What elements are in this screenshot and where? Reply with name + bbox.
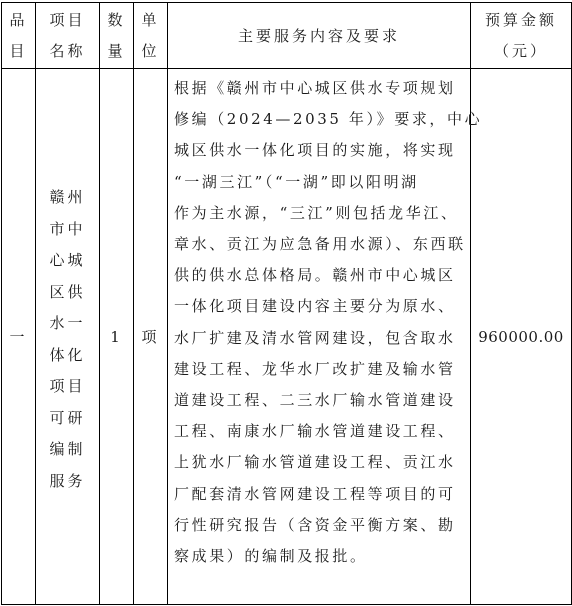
header-unit-line2: 位 [134,36,167,67]
header-budget-line2: （元） [471,36,571,67]
header-budget-line1: 预算金额 [471,5,571,36]
content-line: 水厂扩建及清水管网建设，包含取水 [174,323,466,354]
header-item: 品 目 [2,3,36,69]
header-project-name-line2: 名称 [36,36,99,67]
item-number: 一 [9,328,27,346]
content-line: 上犹水厂输水管道建设工程、贡江水 [174,447,466,478]
content-line: 修编（2024—2035 年）》要求，中心 [174,104,466,135]
content-line: 察成果）的编制及报批。 [174,541,466,572]
content-line: 作为主水源，“三江”则包括龙华江、 [174,198,466,229]
content-line: 道建设工程、二三水厂输水管道建设 [174,385,466,416]
header-unit-line1: 单 [134,5,167,36]
header-project-name-line1: 项目 [36,5,99,36]
cell-content: 根据《赣州市中心城区供水专项规划 修编（2024—2035 年）》要求，中心 城… [168,69,471,605]
content-line: 供的供水总体格局。赣州市中心城区 [174,260,466,291]
project-name-line: 服务 [36,466,99,498]
header-content-label: 主要服务内容及要求 [238,27,400,45]
header-unit: 单 位 [134,3,168,69]
content-line: 行性研究报告（含资金平衡方案、勘 [174,510,466,541]
cell-project-name: 赣州 市中 心城 区供 水一 体化 项目 可研 编制 服务 [36,69,100,605]
header-item-line1: 品 [2,5,35,36]
content-line: 一体化项目建设内容主要分为原水、 [174,291,466,322]
project-name-line: 赣州 [36,182,99,214]
budget-amount: 960000.00 [478,328,564,346]
cell-budget: 960000.00 [471,69,572,605]
project-name-line: 可研 [36,403,99,435]
header-item-line2: 目 [2,36,35,67]
content-line: 城区供水一体化项目的实施，将实现 [174,135,466,166]
header-content: 主要服务内容及要求 [168,3,471,69]
cell-quantity: 1 [100,69,134,605]
content-line: 根据《赣州市中心城区供水专项规划 [174,73,466,104]
header-quantity-line1: 数 [100,5,133,36]
header-project-name: 项目 名称 [36,3,100,69]
quantity-value: 1 [110,328,123,346]
cell-unit: 项 [134,69,168,605]
project-name-line: 体化 [36,340,99,372]
content-line: “一湖三江”（“一湖”即以阳明湖 [174,167,466,198]
content-line: 工程、南康水厂输水管道建设工程、 [174,416,466,447]
unit-value: 项 [141,328,159,346]
project-name-line: 市中 [36,214,99,246]
header-quantity-line2: 量 [100,36,133,67]
header-budget: 预算金额 （元） [471,3,572,69]
content-line: 章水、贡江为应急备用水源）、东西联 [174,229,466,260]
project-name-line: 编制 [36,434,99,466]
project-name-line: 项目 [36,371,99,403]
cell-item: 一 [2,69,36,605]
service-requirements-table: 品 目 项目 名称 数 量 单 位 主要服务内容及要求 [1,2,572,605]
header-quantity: 数 量 [100,3,134,69]
content-line: 厂配套清水管网建设工程等项目的可 [174,479,466,510]
header-row: 品 目 项目 名称 数 量 单 位 主要服务内容及要求 [2,3,572,69]
content-line: 建设工程、龙华水厂改扩建及输水管 [174,354,466,385]
table-row: 一 赣州 市中 心城 区供 水一 体化 项目 可研 编制 服务 1 项 根据《赣… [2,69,572,605]
project-name-line: 区供 [36,277,99,309]
project-name-line: 水一 [36,308,99,340]
project-name-line: 心城 [36,245,99,277]
